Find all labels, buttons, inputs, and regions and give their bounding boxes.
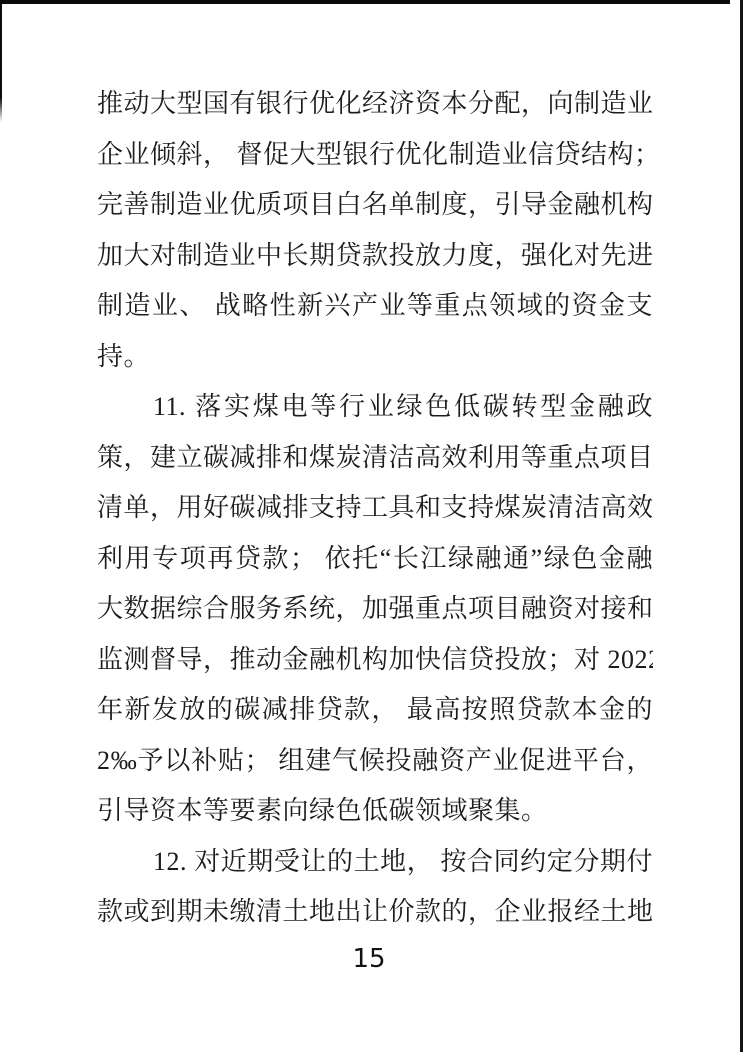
document-text-block: 推动大型国有银行优化经济资本分配，向制造业 企业倾斜， 督促大型银行优化制造业信… — [97, 79, 653, 938]
text-line: 制造业、 战略性新兴产业等重点领域的资金支 — [97, 281, 653, 332]
text-line: 企业倾斜， 督促大型银行优化制造业信贷结构； — [97, 130, 653, 181]
text-line: 2‰予以补贴； 组建气候投融资产业促进平台， — [97, 736, 653, 787]
page-number: 15 — [0, 944, 738, 974]
text-line: 策，建立碳减排和煤炭清洁高效利用等重点项目 — [97, 433, 653, 484]
text-line: 款或到期未缴清土地出让价款的，企业报经土地 — [97, 887, 653, 938]
text-line: 年新发放的碳减排贷款， 最高按照贷款本金的 — [97, 685, 653, 736]
text-line-paragraph-end: 持。 — [97, 332, 653, 383]
text-line: 大数据综合服务系统，加强重点项目融资对接和 — [97, 584, 653, 635]
text-line-paragraph-11-start: 11. 落实煤电等行业绿色低碳转型金融政 — [97, 382, 653, 433]
text-line: 利用专项再贷款； 依托“长江绿融通”绿色金融 — [97, 534, 653, 585]
text-line: 完善制造业优质项目白名单制度，引导金融机构 — [97, 180, 653, 231]
scan-edge-left — [0, 0, 2, 122]
text-line-paragraph-12-start: 12. 对近期受让的土地， 按合同约定分期付 — [97, 837, 653, 888]
text-line: 加大对制造业中长期贷款投放力度，强化对先进 — [97, 231, 653, 282]
text-line-paragraph-end: 引导资本等要素向绿色低碳领域聚集。 — [97, 786, 653, 837]
text-line: 清单，用好碳减排支持工具和支持煤炭清洁高效 — [97, 483, 653, 534]
scan-edge-top — [0, 0, 730, 4]
text-line: 监测督导，推动金融机构加快信贷投放；对 2022 — [97, 635, 653, 686]
scan-edge-right — [740, 0, 743, 1052]
text-line: 推动大型国有银行优化经济资本分配，向制造业 — [97, 79, 653, 130]
